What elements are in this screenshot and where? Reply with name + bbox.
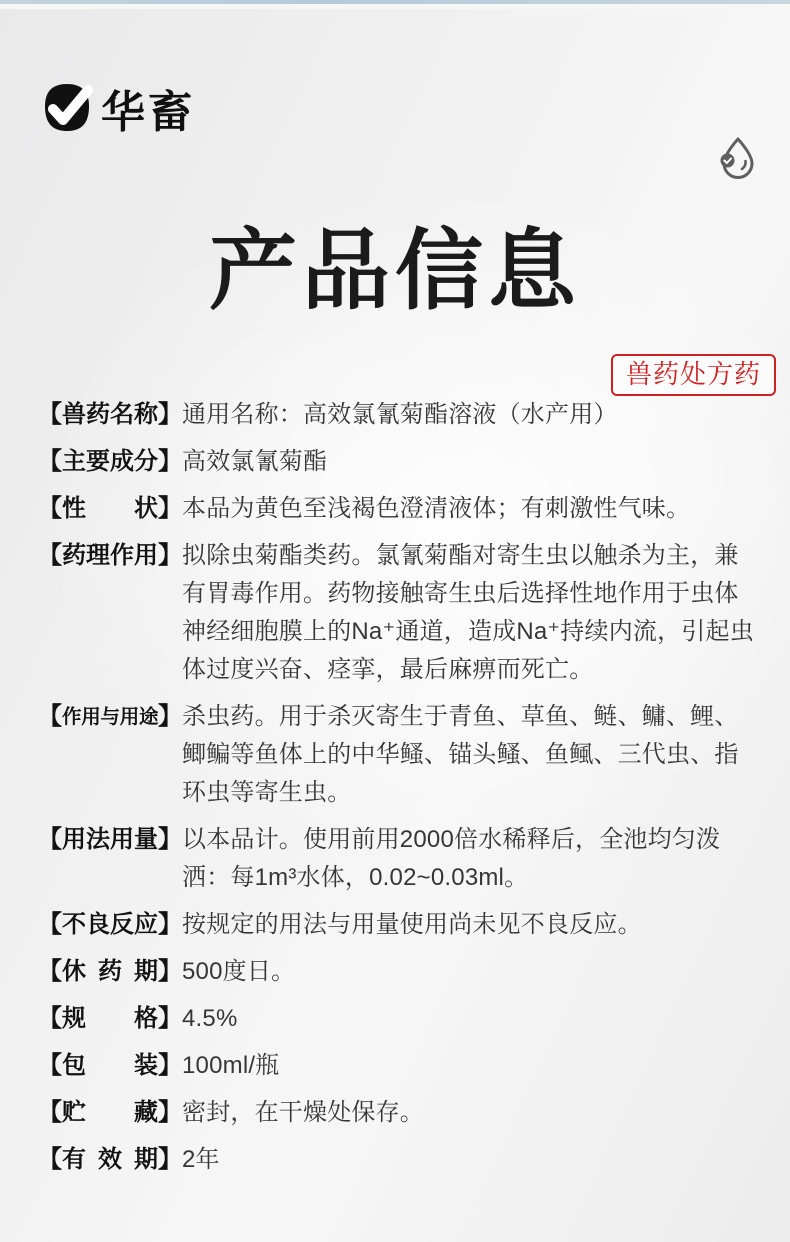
label-bracket-close: 】 bbox=[158, 1094, 182, 1132]
field-value: 本品为黄色至浅褐色澄清液体；有刺激性气味。 bbox=[182, 490, 758, 528]
field-value: 按规定的用法与用量使用尚未见不良反应。 bbox=[182, 906, 758, 944]
field-value: 500度日。 bbox=[182, 953, 758, 991]
field-label: 【休药期】 bbox=[38, 953, 182, 991]
label-bracket-close: 】 bbox=[158, 698, 182, 736]
label-bracket-close: 】 bbox=[158, 821, 182, 859]
label-bracket-close: 】 bbox=[158, 490, 182, 528]
water-drop-icon bbox=[714, 134, 762, 182]
field-label-text: 主要成分 bbox=[62, 443, 158, 481]
label-bracket-open: 【 bbox=[38, 1000, 62, 1038]
field-row-packaging: 【包装】 100ml/瓶 bbox=[38, 1047, 758, 1085]
field-label: 【药理作用】 bbox=[38, 537, 182, 575]
field-row-dosage: 【用法用量】 以本品计。使用前用2000倍水稀释后，全池均匀泼洒：每1m³水体，… bbox=[38, 821, 758, 897]
brand-name: 华畜 bbox=[101, 87, 195, 135]
field-label-text: 性状 bbox=[62, 490, 158, 528]
label-bracket-open: 【 bbox=[38, 396, 62, 434]
field-label: 【用法用量】 bbox=[38, 821, 182, 859]
field-label: 【有效期】 bbox=[38, 1141, 182, 1179]
field-label: 【包装】 bbox=[38, 1047, 182, 1085]
field-row-indications: 【作用与用途】 杀虫药。用于杀灭寄生于青鱼、草鱼、鲢、鳙、鲤、鲫鳊等鱼体上的中华… bbox=[38, 698, 758, 812]
field-value: 4.5% bbox=[182, 1000, 758, 1038]
field-label: 【主要成分】 bbox=[38, 443, 182, 481]
field-label: 【不良反应】 bbox=[38, 906, 182, 944]
label-bracket-open: 【 bbox=[38, 906, 62, 944]
product-fields-list: 【兽药名称】 通用名称：高效氯氰菊酯溶液（水产用） 【主要成分】 高效氯氰菊酯 … bbox=[38, 396, 758, 1188]
top-edge-strip-light bbox=[0, 4, 790, 9]
field-value: 2年 bbox=[182, 1141, 758, 1179]
field-label-text: 贮藏 bbox=[62, 1094, 158, 1132]
field-value: 高效氯氰菊酯 bbox=[182, 443, 758, 481]
label-bracket-close: 】 bbox=[158, 953, 182, 991]
check-badge-icon bbox=[40, 80, 94, 141]
field-row-shelf-life: 【有效期】 2年 bbox=[38, 1141, 758, 1179]
field-row-withdrawal-period: 【休药期】 500度日。 bbox=[38, 953, 758, 991]
label-bracket-open: 【 bbox=[38, 1094, 62, 1132]
product-info-page: { "ui": { "bracket_open": "【", "bracket_… bbox=[0, 0, 790, 1242]
label-bracket-open: 【 bbox=[38, 1141, 62, 1179]
field-label-text: 规格 bbox=[62, 1000, 158, 1038]
label-bracket-open: 【 bbox=[38, 443, 62, 481]
field-label: 【作用与用途】 bbox=[38, 698, 182, 736]
prescription-badge: 兽药处方药 bbox=[611, 354, 776, 396]
label-bracket-open: 【 bbox=[38, 821, 62, 859]
field-value: 100ml/瓶 bbox=[182, 1047, 758, 1085]
field-row-specification: 【规格】 4.5% bbox=[38, 1000, 758, 1038]
page-title: 产品信息 bbox=[0, 218, 790, 328]
field-row-ingredients: 【主要成分】 高效氯氰菊酯 bbox=[38, 443, 758, 481]
label-bracket-close: 】 bbox=[158, 537, 182, 575]
label-bracket-open: 【 bbox=[38, 490, 62, 528]
field-label-text: 包装 bbox=[62, 1047, 158, 1085]
field-label-text: 不良反应 bbox=[62, 906, 158, 944]
field-label-text: 用法用量 bbox=[62, 821, 158, 859]
field-value: 以本品计。使用前用2000倍水稀释后，全池均匀泼洒：每1m³水体，0.02~0.… bbox=[182, 821, 758, 897]
field-label-text: 作用与用途 bbox=[62, 698, 158, 736]
label-bracket-close: 】 bbox=[158, 396, 182, 434]
label-bracket-close: 】 bbox=[158, 1141, 182, 1179]
field-label-text: 休药期 bbox=[62, 953, 158, 991]
label-bracket-close: 】 bbox=[158, 443, 182, 481]
field-label-text: 兽药名称 bbox=[62, 396, 158, 434]
label-bracket-open: 【 bbox=[38, 1047, 62, 1085]
brand-logo: 华畜 bbox=[40, 80, 195, 141]
field-value: 通用名称：高效氯氰菊酯溶液（水产用） bbox=[182, 396, 758, 434]
label-bracket-open: 【 bbox=[38, 698, 62, 736]
field-label-text: 药理作用 bbox=[62, 537, 158, 575]
field-value: 杀虫药。用于杀灭寄生于青鱼、草鱼、鲢、鳙、鲤、鲫鳊等鱼体上的中华鳋、锚头鳋、鱼鲺… bbox=[182, 698, 758, 812]
field-row-storage: 【贮藏】 密封，在干燥处保存。 bbox=[38, 1094, 758, 1132]
field-label: 【贮藏】 bbox=[38, 1094, 182, 1132]
field-label: 【兽药名称】 bbox=[38, 396, 182, 434]
field-row-drug-name: 【兽药名称】 通用名称：高效氯氰菊酯溶液（水产用） bbox=[38, 396, 758, 434]
field-label: 【性状】 bbox=[38, 490, 182, 528]
field-label: 【规格】 bbox=[38, 1000, 182, 1038]
label-bracket-open: 【 bbox=[38, 953, 62, 991]
field-label-text: 有效期 bbox=[62, 1141, 158, 1179]
field-value: 拟除虫菊酯类药。氯氰菊酯对寄生虫以触杀为主，兼有胃毒作用。药物接触寄生虫后选择性… bbox=[182, 537, 758, 689]
label-bracket-close: 】 bbox=[158, 1000, 182, 1038]
field-value: 密封，在干燥处保存。 bbox=[182, 1094, 758, 1132]
field-row-properties: 【性状】 本品为黄色至浅褐色澄清液体；有刺激性气味。 bbox=[38, 490, 758, 528]
field-row-pharmacology: 【药理作用】 拟除虫菊酯类药。氯氰菊酯对寄生虫以触杀为主，兼有胃毒作用。药物接触… bbox=[38, 537, 758, 689]
field-row-adverse-reactions: 【不良反应】 按规定的用法与用量使用尚未见不良反应。 bbox=[38, 906, 758, 944]
label-bracket-close: 】 bbox=[158, 906, 182, 944]
label-bracket-close: 】 bbox=[158, 1047, 182, 1085]
label-bracket-open: 【 bbox=[38, 537, 62, 575]
